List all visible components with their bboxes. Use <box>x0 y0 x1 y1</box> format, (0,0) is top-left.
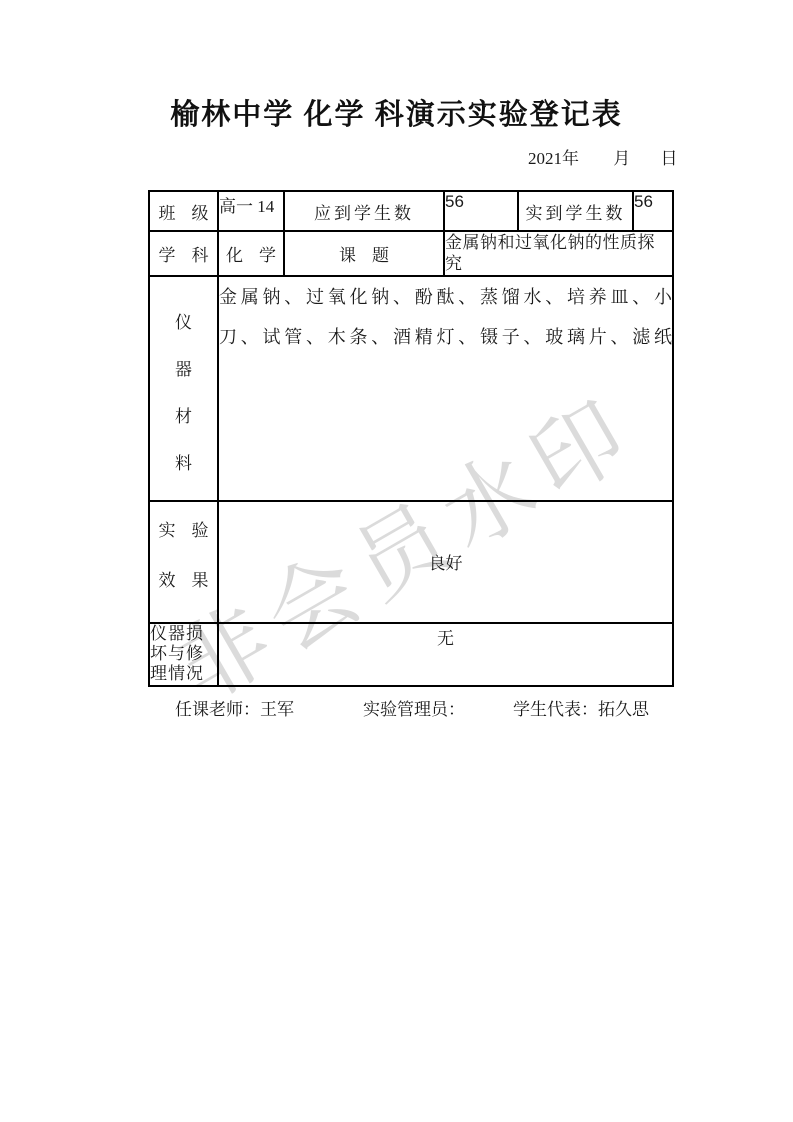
expected-students-value-cell: 56 <box>444 191 518 231</box>
materials-label-char: 仪 <box>175 308 192 333</box>
class-label: 班级 <box>159 199 209 224</box>
topic-value-cell: 金属钠和过氧化钠的性质探究 <box>444 231 673 276</box>
document-page: 榆林中学 化学 科演示实验登记表 2021年 月 日 非会员水印 班级 高一 1… <box>0 0 793 1122</box>
result-value-cell: 良好 <box>218 501 673 623</box>
expected-students-label-cell: 应到学生数 <box>284 191 444 231</box>
result-label: 实验 效果 <box>150 502 217 591</box>
date-year: 2021年 <box>528 144 579 169</box>
table-row-result: 实验 效果 良好 <box>149 501 673 623</box>
subject-value: 化学 <box>226 241 276 266</box>
teacher-signature: 任课老师：王军 <box>175 695 294 720</box>
actual-students-value-cell: 56 <box>633 191 673 231</box>
materials-value-cell: 金属钠、过氧化钠、酚酞、蒸馏水、培养皿、小 刀、试管、木条、酒精灯、镊子、玻璃片… <box>218 276 673 501</box>
actual-students-label-cell: 实到学生数 <box>518 191 633 231</box>
lab-manager-signature: 实验管理员： <box>363 695 465 720</box>
signature-row: 任课老师：王军 实验管理员： 学生代表：拓久思 <box>0 695 793 719</box>
date-month: 月 <box>613 144 630 169</box>
date-line: 2021年 月 日 <box>528 144 678 169</box>
topic-label-cell: 课题 <box>284 231 444 276</box>
damage-value-cell: 无 <box>218 623 673 686</box>
date-day: 日 <box>661 144 678 169</box>
materials-label-char: 材 <box>175 402 192 427</box>
materials-label-char: 料 <box>175 449 192 474</box>
table-row-subject: 学科 化学 课题 金属钠和过氧化钠的性质探究 <box>149 231 673 276</box>
subject-value-cell: 化学 <box>218 231 284 276</box>
materials-line-1: 金属钠、过氧化钠、酚酞、蒸馏水、培养皿、小 <box>219 277 672 317</box>
result-label-line: 实验 <box>159 516 209 541</box>
experiment-registration-table: 班级 高一 14 应到学生数 56 实到学生数 56 学科 化学 课题 金属钠和… <box>148 190 674 687</box>
subject-label-cell: 学科 <box>149 231 218 276</box>
student-rep-signature: 学生代表：拓久思 <box>513 695 649 720</box>
materials-line-2: 刀、试管、木条、酒精灯、镊子、玻璃片、滤纸 <box>219 317 672 357</box>
result-label-cell: 实验 效果 <box>149 501 218 623</box>
damage-label-cell: 仪器损坏与修理情况 <box>149 623 218 686</box>
topic-label: 课题 <box>339 241 389 266</box>
table-row-class: 班级 高一 14 应到学生数 56 实到学生数 56 <box>149 191 673 231</box>
table-row-materials: 仪 器 材 料 金属钠、过氧化钠、酚酞、蒸馏水、培养皿、小 刀、试管、木条、酒精… <box>149 276 673 501</box>
class-label-cell: 班级 <box>149 191 218 231</box>
table-row-damage: 仪器损坏与修理情况 无 <box>149 623 673 686</box>
materials-label-cell: 仪 器 材 料 <box>149 276 218 501</box>
page-title: 榆林中学 化学 科演示实验登记表 <box>0 92 793 133</box>
subject-label: 学科 <box>159 241 209 266</box>
result-label-line: 效果 <box>159 566 209 591</box>
materials-label: 仪 器 材 料 <box>150 302 217 474</box>
materials-label-char: 器 <box>175 355 192 380</box>
class-value-cell: 高一 14 <box>218 191 284 231</box>
